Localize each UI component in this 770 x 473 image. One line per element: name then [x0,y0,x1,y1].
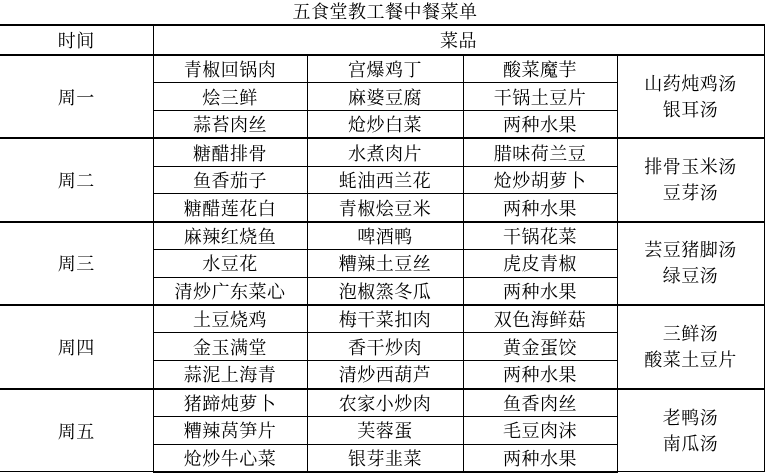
dish-cell: 蒜苔肉丝 [153,111,307,139]
dish-cell: 清炒西葫芦 [307,361,463,389]
day-cell: 周三 [0,222,153,305]
dish-cell: 糖醋排骨 [153,138,307,166]
soup-line: 芸豆猪脚汤 [618,237,764,263]
dish-cell: 啤酒鸭 [307,222,463,250]
menu-title: 五食堂教工餐中餐菜单 [0,0,770,24]
dish-cell: 糟辣土豆丝 [307,250,463,278]
dish-cell: 金玉满堂 [153,333,307,361]
soup-line: 老鸭汤 [618,405,764,431]
dish-cell: 干锅花菜 [463,222,617,250]
soup-line: 三鲜汤 [618,321,764,347]
dish-cell: 两种水果 [463,361,617,389]
day-cell: 周五 [0,389,153,472]
dish-cell: 蒜泥上海青 [153,361,307,389]
dish-cell: 猪蹄炖萝卜 [153,389,307,417]
menu-row: 周五猪蹄炖萝卜农家小炒肉鱼香肉丝老鸭汤南瓜汤 [0,389,764,417]
menu-row: 周三麻辣红烧鱼啤酒鸭干锅花菜芸豆猪脚汤绿豆汤 [0,222,764,250]
dishes-header-cell: 菜品 [153,25,764,55]
soup-line: 豆芽汤 [618,180,764,206]
dish-cell: 宫爆鸡丁 [307,55,463,83]
soup-line: 银耳汤 [618,97,764,123]
dish-cell: 水煮肉片 [307,138,463,166]
dish-cell: 两种水果 [463,444,617,472]
dish-cell: 梅干菜扣肉 [307,305,463,333]
soup-cell: 芸豆猪脚汤绿豆汤 [617,222,764,305]
menu-table: 时间 菜品 周一青椒回锅肉宫爆鸡丁酸菜魔芋山药炖鸡汤银耳汤烩三鲜麻婆豆腐干锅土豆… [0,24,765,473]
dish-cell: 银芽韭菜 [307,444,463,472]
soup-line: 南瓜汤 [618,431,764,457]
menu-row: 周二糖醋排骨水煮肉片腊味荷兰豆排骨玉米汤豆芽汤 [0,138,764,166]
dish-cell: 泡椒篜冬瓜 [307,277,463,305]
soup-cell: 排骨玉米汤豆芽汤 [617,138,764,221]
dish-cell: 烩三鲜 [153,83,307,111]
dish-cell: 鱼香茄子 [153,166,307,194]
menu-table-body: 周一青椒回锅肉宫爆鸡丁酸菜魔芋山药炖鸡汤银耳汤烩三鲜麻婆豆腐干锅土豆片蒜苔肉丝炝… [0,55,764,472]
dish-cell: 土豆烧鸡 [153,305,307,333]
dish-cell: 麻婆豆腐 [307,83,463,111]
dish-cell: 两种水果 [463,194,617,222]
dish-cell: 炝炒胡萝卜 [463,166,617,194]
soup-line: 酸菜土豆片 [618,347,764,373]
day-cell: 周四 [0,305,153,388]
day-cell: 周二 [0,138,153,221]
day-cell: 周一 [0,55,153,138]
dish-cell: 酸菜魔芋 [463,55,617,83]
time-header-cell: 时间 [0,25,153,55]
dish-cell: 两种水果 [463,111,617,139]
soup-cell: 老鸭汤南瓜汤 [617,389,764,472]
dish-cell: 芙蓉蛋 [307,416,463,444]
dish-cell: 双色海鲜菇 [463,305,617,333]
soup-cell: 山药炖鸡汤银耳汤 [617,55,764,138]
dish-cell: 麻辣红烧鱼 [153,222,307,250]
dish-cell: 清炒广东菜心 [153,277,307,305]
dish-cell: 香干炒肉 [307,333,463,361]
soup-line: 山药炖鸡汤 [618,71,764,97]
soup-line: 绿豆汤 [618,263,764,289]
soup-line: 排骨玉米汤 [618,154,764,180]
dish-cell: 糟辣莴笋片 [153,416,307,444]
dish-cell: 炝炒白菜 [307,111,463,139]
dish-cell: 干锅土豆片 [463,83,617,111]
menu-row: 周一青椒回锅肉宫爆鸡丁酸菜魔芋山药炖鸡汤银耳汤 [0,55,764,83]
dish-cell: 青椒烩豆米 [307,194,463,222]
dish-cell: 鱼香肉丝 [463,389,617,417]
menu-page: 五食堂教工餐中餐菜单 时间 菜品 周一青椒回锅肉宫爆鸡丁酸菜魔芋山药炖鸡汤银耳汤… [0,0,770,473]
dish-cell: 糖醋莲花白 [153,194,307,222]
dish-cell: 青椒回锅肉 [153,55,307,83]
header-row: 时间 菜品 [0,25,764,55]
dish-cell: 水豆花 [153,250,307,278]
dish-cell: 虎皮青椒 [463,250,617,278]
dish-cell: 蚝油西兰花 [307,166,463,194]
dish-cell: 毛豆肉沫 [463,416,617,444]
menu-row: 周四土豆烧鸡梅干菜扣肉双色海鲜菇三鲜汤酸菜土豆片 [0,305,764,333]
dish-cell: 腊味荷兰豆 [463,138,617,166]
dish-cell: 黄金蛋饺 [463,333,617,361]
soup-cell: 三鲜汤酸菜土豆片 [617,305,764,388]
dish-cell: 炝炒牛心菜 [153,444,307,472]
dish-cell: 两种水果 [463,277,617,305]
dish-cell: 农家小炒肉 [307,389,463,417]
